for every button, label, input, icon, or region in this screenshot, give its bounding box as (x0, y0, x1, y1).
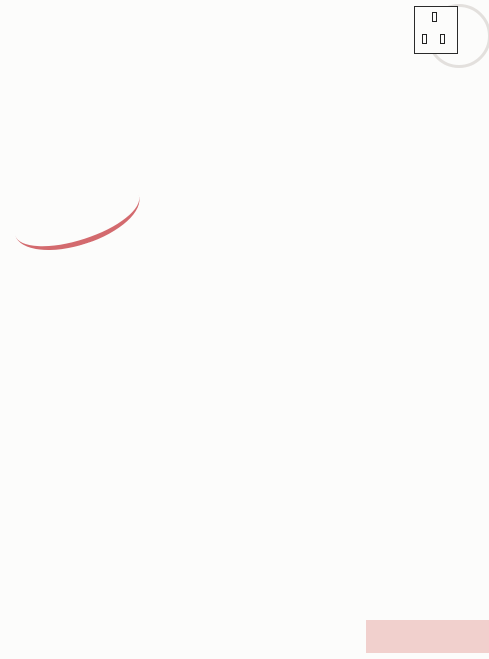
power-socket-diagram (414, 6, 458, 54)
document-body (0, 0, 489, 4)
scanned-page (0, 0, 489, 659)
elecfans-logo-band (366, 620, 489, 653)
live-slot (440, 34, 445, 44)
figure-5-73 (391, 6, 481, 58)
earth-slot (432, 12, 437, 22)
neutral-slot (422, 34, 427, 44)
elecfans-watermark-text (6, 0, 304, 196)
elecfans-watermark-swoosh (6, 167, 148, 263)
